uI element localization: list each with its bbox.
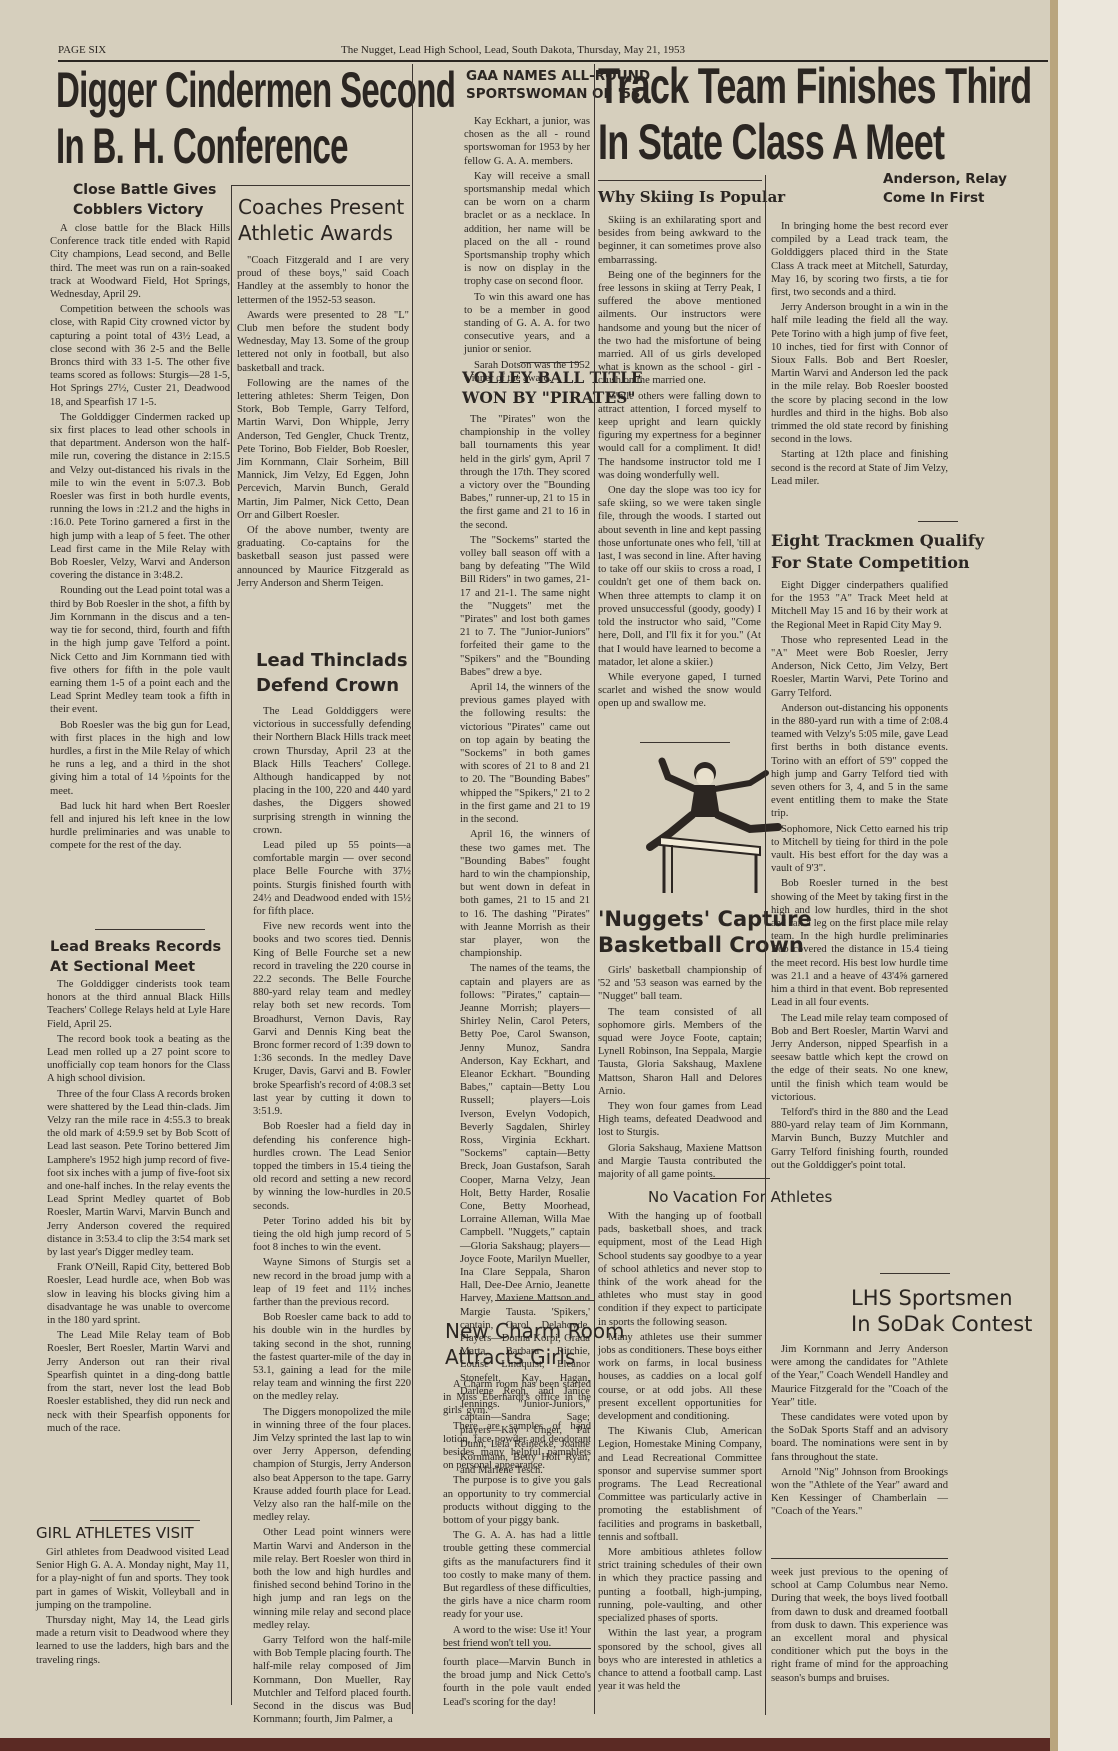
divider [710, 1178, 770, 1179]
vacation-article-body: With the hanging up of football pads, ba… [598, 1210, 762, 1695]
divider [95, 929, 205, 930]
column-rule [594, 64, 595, 1714]
digger-subhead: Close Battle Gives Cobblers Victory [73, 180, 216, 220]
sectional-headline: Lead Breaks Records At Sectional Meet [50, 937, 221, 977]
divider [520, 362, 580, 363]
divider [880, 1273, 950, 1274]
gaa-article-body: Kay Eckhart, a junior, was chosen as the… [464, 115, 590, 387]
hurdler-illustration-icon [640, 755, 790, 895]
coaches-headline: Coaches Present Athletic Awards [238, 194, 404, 246]
thinclads-headline: Lead Thinclads Defend Crown [256, 648, 408, 698]
eight-trackmen-headline: Eight Trackmen Qualify For State Competi… [771, 530, 984, 574]
divider [598, 180, 762, 181]
track-team-article-body: In bringing home the best record ever co… [771, 220, 948, 490]
divider [443, 1648, 591, 1649]
paper-dateline: The Nugget, Lead High School, Lead, Sout… [341, 44, 685, 56]
divider [495, 1300, 595, 1301]
skiing-headline: Why Skiing Is Popular [598, 188, 785, 206]
sportsmen-article-body: Jim Kornmann and Jerry Anderson were amo… [771, 1343, 948, 1521]
divider [640, 742, 730, 743]
girl-athletes-body: Girl athletes from Deadwood visited Lead… [36, 1546, 229, 1669]
camp-continued: week just previous to the opening of sch… [771, 1566, 948, 1687]
coaches-article-body: "Coach Fitzgerald and I are very proud o… [237, 254, 409, 592]
thinclads-continued: fourth place—Marvin Bunch in the broad j… [443, 1656, 591, 1711]
digger-article-body: A close battle for the Black Hills Confe… [50, 222, 230, 855]
skiing-article-body: Skiing is an exhilarating sport and besi… [598, 214, 761, 713]
column-rule [765, 175, 766, 1715]
girl-athletes-headline: GIRL ATHLETES VISIT [36, 1524, 194, 1542]
track-team-headline: Track Team Finishes Third In State Class… [598, 58, 1031, 170]
page-bottom-edge [0, 1738, 1050, 1751]
divider [771, 1558, 948, 1559]
column-rule [231, 185, 232, 1705]
divider [918, 521, 958, 522]
adjacent-page-edge [1050, 0, 1118, 1751]
newspaper-page: PAGE SIX The Nugget, Lead High School, L… [0, 0, 1050, 1751]
column-rule [412, 64, 413, 1714]
charm-article-body: A Charm room has been started in Miss Eb… [443, 1378, 591, 1652]
digger-headline: Digger Cindermen Second In B. H. Confere… [56, 62, 455, 174]
binding-strip [1050, 0, 1058, 1751]
eight-trackmen-body: Eight Digger cinderpathers qualified for… [771, 579, 948, 1174]
thinclads-article-body: The Lead Golddiggers were victorious in … [253, 705, 411, 1728]
nuggets-article-body: Girls' basketball championship of '52 an… [598, 964, 762, 1183]
sectional-article-body: The Golddigger cinderists took team hono… [47, 978, 230, 1437]
page-label: PAGE SIX [58, 44, 106, 56]
divider [232, 185, 410, 186]
divider [90, 1520, 200, 1521]
vacation-headline: No Vacation For Athletes [648, 1188, 832, 1206]
track-team-subhead: Anderson, Relay Come In First [883, 170, 1007, 208]
sportsmen-headline: LHS Sportsmen In SoDak Contest [851, 1285, 1032, 1337]
